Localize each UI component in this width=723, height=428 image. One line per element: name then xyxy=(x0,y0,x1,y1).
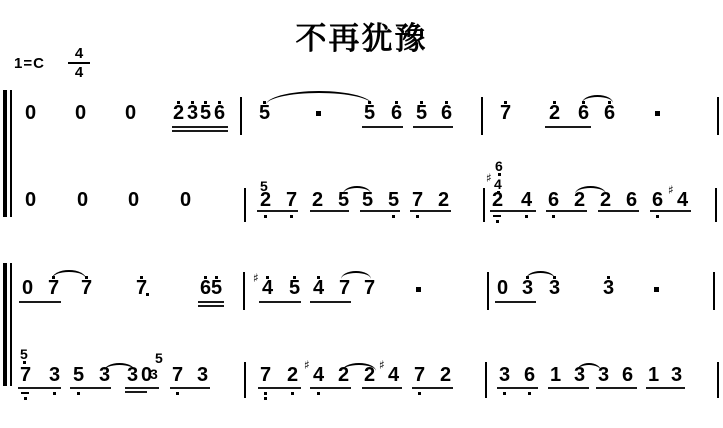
note-digit: 4 xyxy=(521,190,532,210)
augmentation-dot xyxy=(146,293,149,296)
note-digit: 5 xyxy=(200,103,211,123)
beam-underline xyxy=(18,387,61,389)
note-digit: 0 xyxy=(22,278,33,298)
barline xyxy=(715,188,717,222)
note-digit: 2 xyxy=(549,103,560,123)
tie-slur xyxy=(582,95,613,103)
octave-dot-low xyxy=(317,392,320,395)
note-digit: 3 xyxy=(549,278,560,298)
note-digit: 5 xyxy=(211,278,222,298)
note-digit: 7 xyxy=(500,103,511,123)
chord-stack-digit: 5 xyxy=(20,347,28,361)
beam-underline xyxy=(412,387,453,389)
octave-dot-high xyxy=(140,276,143,279)
note-digit: 4 xyxy=(313,365,324,385)
augmentation-dot xyxy=(654,287,659,292)
beam-underline xyxy=(19,301,61,303)
octave-dot-high xyxy=(420,101,423,104)
beam-underline xyxy=(259,301,301,303)
time-signature: 4 4 xyxy=(68,45,90,81)
beam-underline xyxy=(598,210,639,212)
note-digit: 7 xyxy=(412,190,423,210)
system-barline-thick xyxy=(3,263,7,386)
beam-underline xyxy=(198,301,224,303)
note-digit: 3 xyxy=(150,367,158,381)
note-digit: 5 xyxy=(388,190,399,210)
octave-dot-high xyxy=(191,101,194,104)
octave-dot-low xyxy=(552,215,555,218)
beam-underline xyxy=(497,387,538,389)
time-signature-denominator: 4 xyxy=(68,62,90,81)
note-digit: 7 xyxy=(48,278,59,298)
sharp-icon: ♯ xyxy=(253,272,259,284)
augmentation-dot xyxy=(655,111,660,116)
note-digit: 0 xyxy=(180,190,191,210)
note-digit: 0 xyxy=(128,190,139,210)
octave-dot-low xyxy=(77,392,80,395)
system-barline-thick xyxy=(3,90,7,217)
low-octave-dash xyxy=(493,215,501,217)
octave-dot-high xyxy=(204,101,207,104)
note-digit: 7 xyxy=(286,190,297,210)
octave-dot-low xyxy=(290,215,293,218)
note-digit: 5 xyxy=(289,278,300,298)
note-digit: 6 xyxy=(652,190,663,210)
sharp-icon: ♯ xyxy=(379,359,385,371)
score-title: 不再犹豫 xyxy=(0,13,723,58)
octave-dot-high xyxy=(317,276,320,279)
note-digit: 6 xyxy=(578,103,589,123)
tie-slur xyxy=(343,186,371,194)
octave-dot-low xyxy=(264,397,267,400)
octave-dot-low xyxy=(503,392,506,395)
note-digit: 6 xyxy=(622,365,633,385)
beam-underline xyxy=(495,301,536,303)
note-digit: 1 xyxy=(648,365,659,385)
sharp-icon: ♯ xyxy=(486,172,492,184)
note-digit: 7 xyxy=(339,278,350,298)
barline xyxy=(483,188,485,222)
octave-dot-high xyxy=(445,101,448,104)
low-octave-dash xyxy=(21,392,29,394)
barline xyxy=(485,362,487,398)
barline xyxy=(240,97,242,135)
octave-dot-low xyxy=(392,215,395,218)
note-digit: 7 xyxy=(81,278,92,298)
chord-stack-digit: 5 xyxy=(155,351,163,365)
octave-dot-high xyxy=(504,101,507,104)
octave-dot-low xyxy=(528,392,531,395)
octave-dot-low xyxy=(53,392,56,395)
octave-dot-high xyxy=(215,276,218,279)
beam-underline xyxy=(362,126,403,128)
note-digit: 0 xyxy=(125,103,136,123)
sharp-icon: ♯ xyxy=(304,359,310,371)
system-barline-thin xyxy=(10,90,12,217)
note-digit: 6 xyxy=(626,190,637,210)
beam-underline xyxy=(490,210,536,212)
note-digit: 3 xyxy=(603,278,614,298)
note-digit: 6 xyxy=(200,278,211,298)
note-digit: 4 xyxy=(388,365,399,385)
octave-dot-high xyxy=(607,276,610,279)
beam-underline xyxy=(646,387,685,389)
octave-dot-low xyxy=(264,215,267,218)
tie-slur xyxy=(266,91,372,105)
octave-dot-high xyxy=(177,101,180,104)
octave-dot-low xyxy=(416,215,419,218)
beam-underline xyxy=(650,210,691,212)
note-digit: 0 xyxy=(497,278,508,298)
beam-underline xyxy=(548,387,589,389)
beam-underline xyxy=(310,301,351,303)
note-digit: 6 xyxy=(524,365,535,385)
beam-underline xyxy=(545,126,591,128)
note-digit: 3 xyxy=(187,103,198,123)
octave-dot-low xyxy=(418,392,421,395)
beam-underline xyxy=(413,126,453,128)
barline xyxy=(717,97,719,135)
note-digit: 3 xyxy=(197,365,208,385)
note-digit: 2 xyxy=(440,365,451,385)
sharp-icon: ♯ xyxy=(668,184,674,196)
barline xyxy=(481,97,483,135)
beam-underline xyxy=(125,387,159,389)
note-digit: 7 xyxy=(172,365,183,385)
note-digit: 3 xyxy=(671,365,682,385)
octave-dot-low xyxy=(497,191,500,194)
beam-underline xyxy=(257,210,298,212)
chord-stack-digit: 6 xyxy=(495,159,503,173)
note-digit: 2 xyxy=(287,365,298,385)
beam-underline xyxy=(546,210,587,212)
barline xyxy=(244,188,246,222)
note-digit: 4 xyxy=(313,278,324,298)
note-digit: 0 xyxy=(25,103,36,123)
tie-slur xyxy=(575,186,606,194)
beam-underline xyxy=(360,210,400,212)
octave-dot-high xyxy=(204,276,207,279)
beam-underline xyxy=(170,387,210,389)
beam-underline xyxy=(125,391,147,393)
octave-dot-low xyxy=(525,215,528,218)
beam-underline xyxy=(596,387,637,389)
note-digit: 5 xyxy=(73,365,84,385)
octave-dot-high xyxy=(553,101,556,104)
note-digit: 2 xyxy=(173,103,184,123)
beam-underline xyxy=(172,130,228,132)
note-digit: 2 xyxy=(438,190,449,210)
octave-dot-low xyxy=(264,392,267,395)
note-digit: 5 xyxy=(364,103,375,123)
beam-underline xyxy=(70,387,111,389)
key-signature: 1=C xyxy=(14,55,45,72)
note-digit: 5 xyxy=(416,103,427,123)
beam-underline xyxy=(172,126,228,128)
note-digit: 7 xyxy=(260,365,271,385)
note-digit: 6 xyxy=(214,103,225,123)
note-digit: 3 xyxy=(499,365,510,385)
beam-underline xyxy=(198,305,224,307)
augmentation-dot xyxy=(316,111,321,116)
octave-dot-low xyxy=(24,397,27,400)
chord-stack-digit: 5 xyxy=(260,179,268,193)
octave-dot-low xyxy=(176,392,179,395)
octave-dot-high xyxy=(218,101,221,104)
octave-dot-low xyxy=(291,392,294,395)
augmentation-dot xyxy=(416,287,421,292)
note-digit: 4 xyxy=(677,190,688,210)
sheet-music-page: 不再犹豫 1=C 4 4 000235655656726600002572555… xyxy=(0,0,723,428)
barline xyxy=(487,272,489,310)
octave-dot-high xyxy=(395,101,398,104)
octave-dot-low xyxy=(498,173,501,176)
note-digit: 4 xyxy=(262,278,273,298)
note-digit: 3 xyxy=(49,365,60,385)
octave-dot-low xyxy=(656,215,659,218)
note-digit: 0 xyxy=(25,190,36,210)
note-digit: 2 xyxy=(312,190,323,210)
octave-dot-high xyxy=(293,276,296,279)
note-digit: 6 xyxy=(391,103,402,123)
octave-dot-high xyxy=(266,276,269,279)
note-digit: 7 xyxy=(364,278,375,298)
barline xyxy=(244,362,246,398)
octave-dot-low xyxy=(23,361,26,364)
tie-slur xyxy=(341,271,371,279)
octave-dot-low xyxy=(496,220,499,223)
barline xyxy=(717,362,719,398)
note-digit: 7 xyxy=(20,365,31,385)
note-digit: 3 xyxy=(522,278,533,298)
beam-underline xyxy=(258,387,301,389)
note-digit: 6 xyxy=(604,103,615,123)
note-digit: 6 xyxy=(441,103,452,123)
note-digit: 5 xyxy=(259,103,270,123)
note-digit: 0 xyxy=(77,190,88,210)
beam-underline xyxy=(310,210,349,212)
barline xyxy=(713,272,715,310)
tie-slur xyxy=(526,271,555,279)
tie-slur xyxy=(52,270,86,279)
beam-underline xyxy=(310,387,351,389)
beam-underline xyxy=(362,387,402,389)
system-barline-thin xyxy=(10,263,12,386)
chord-stack-digit: 4 xyxy=(494,177,502,191)
note-digit: 1 xyxy=(550,365,561,385)
barline xyxy=(243,272,245,310)
time-signature-numerator: 4 xyxy=(68,45,90,62)
note-digit: 6 xyxy=(548,190,559,210)
note-digit: 7 xyxy=(414,365,425,385)
beam-underline xyxy=(410,210,451,212)
note-digit: 0 xyxy=(75,103,86,123)
